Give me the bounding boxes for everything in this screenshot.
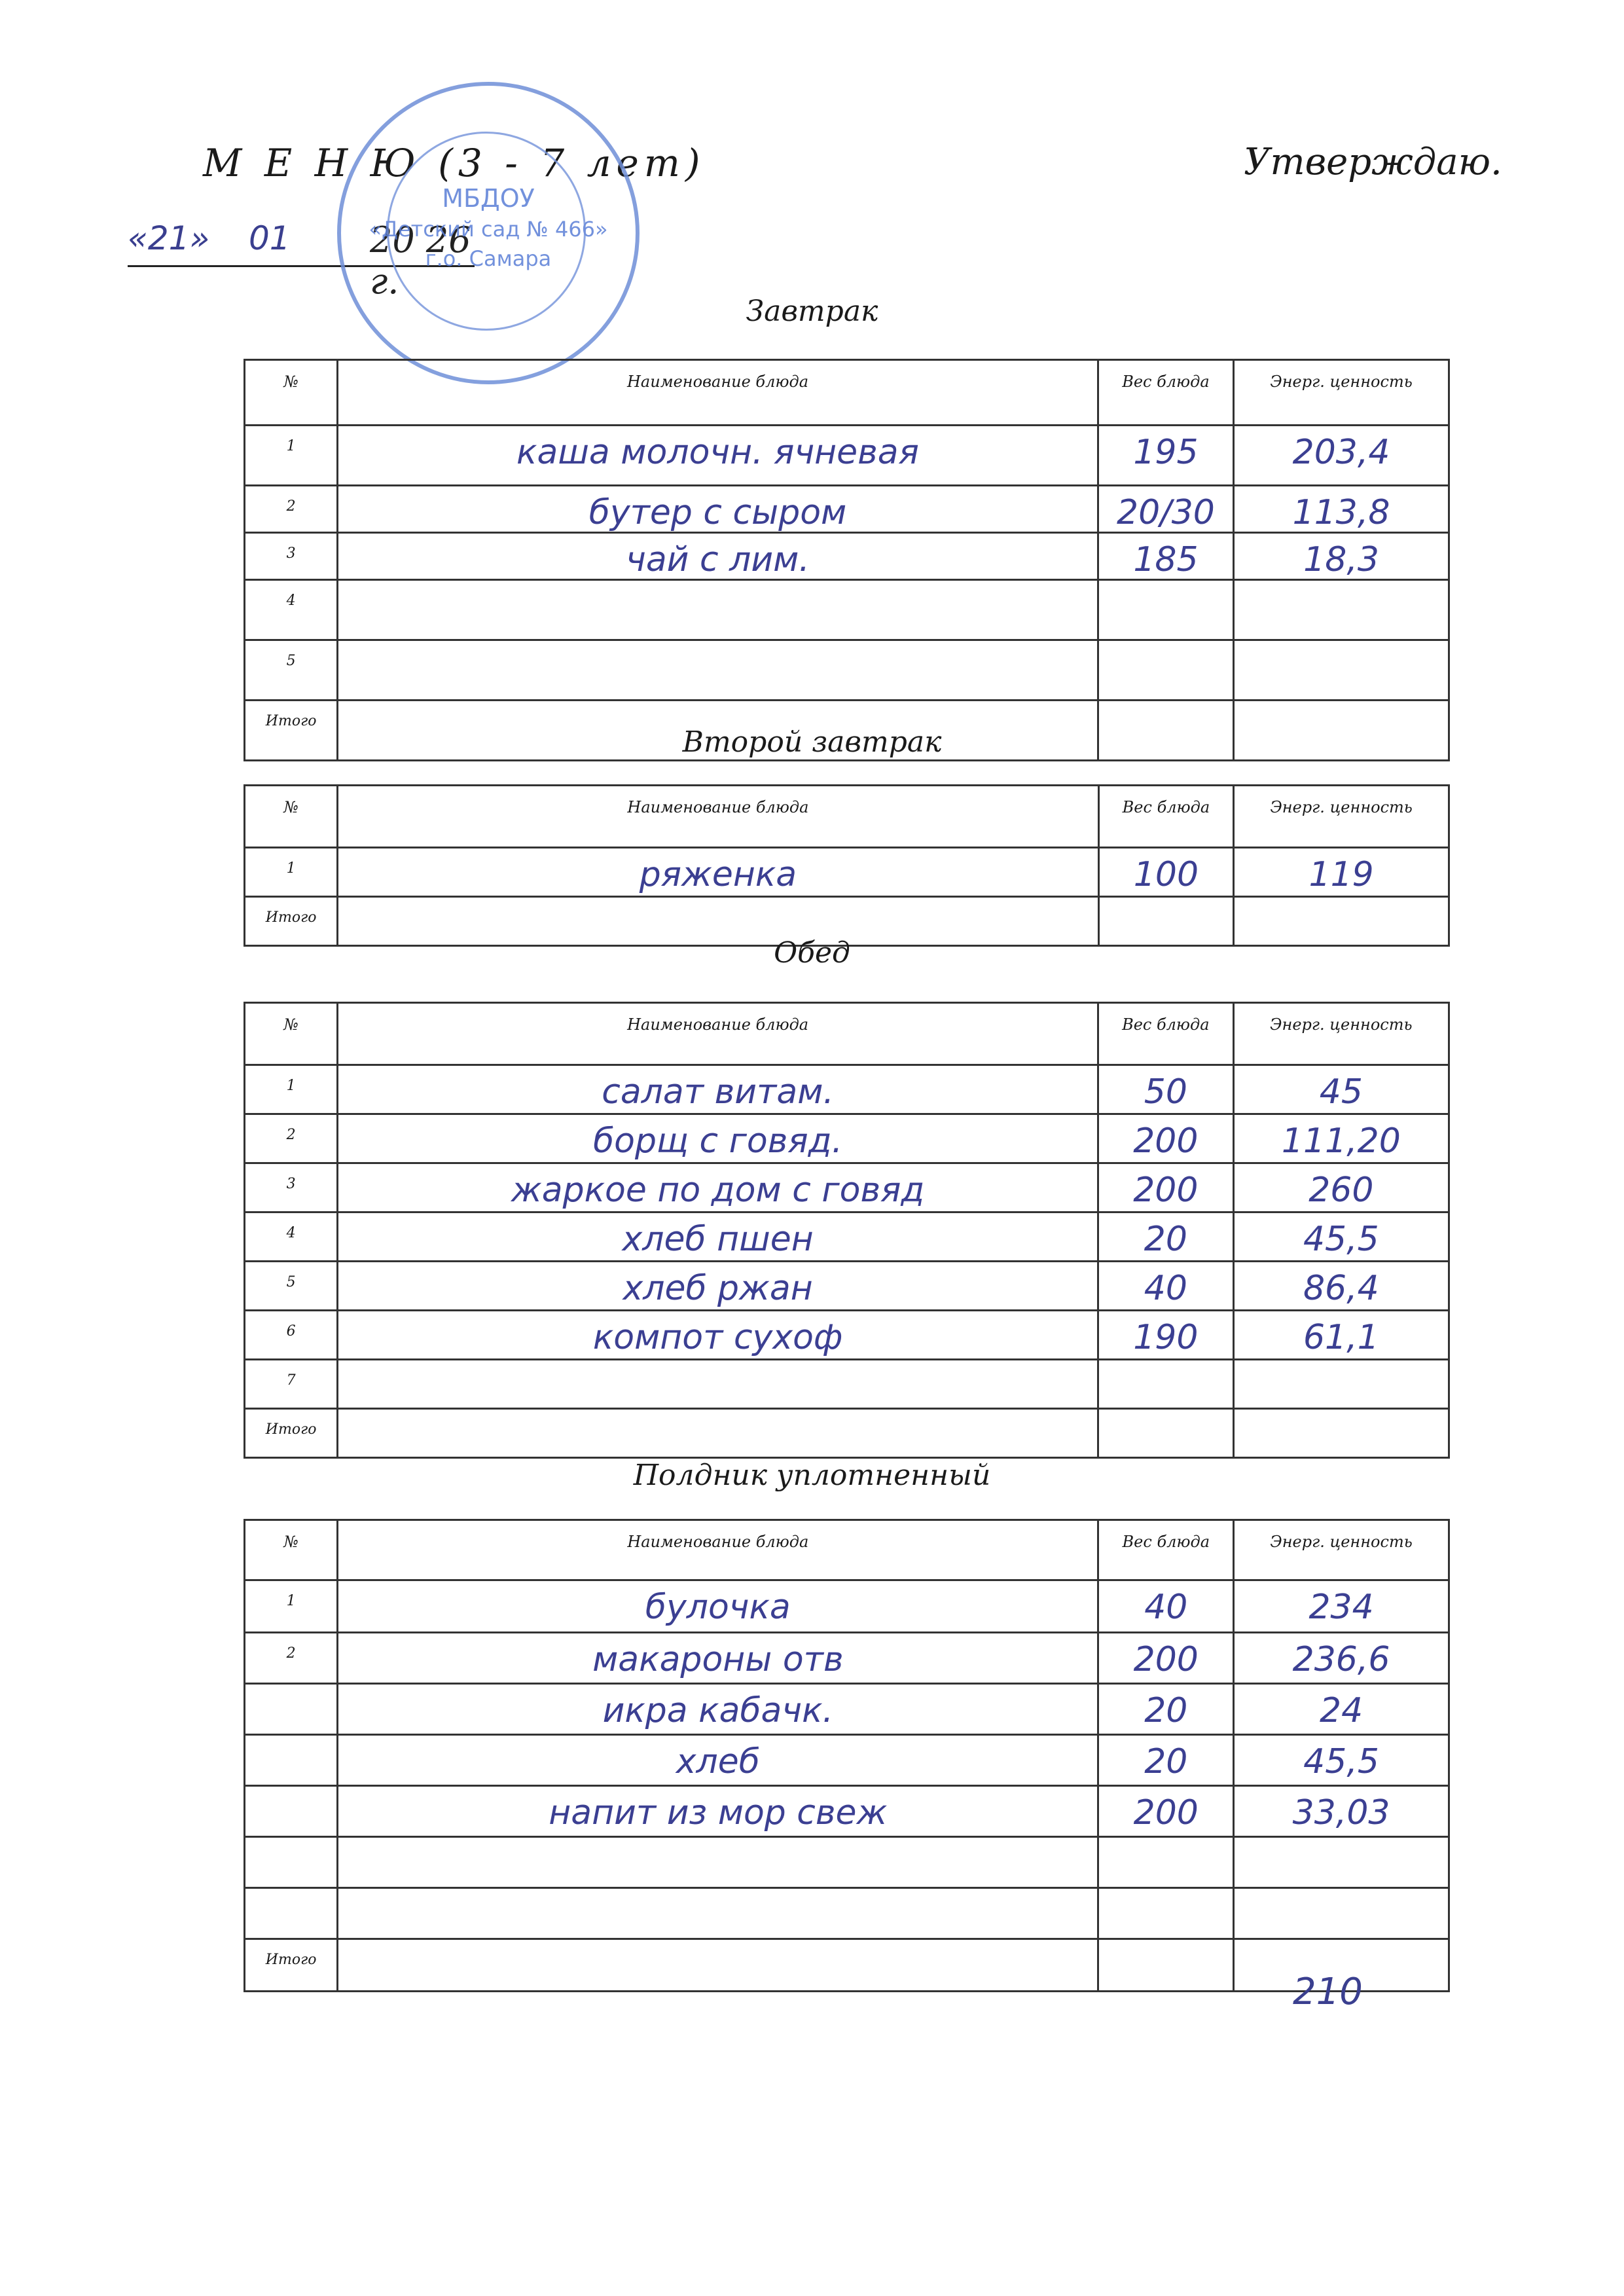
- table-row: 1ряженка100119: [245, 848, 1449, 897]
- dish-name: каша молочн. ячневая: [338, 426, 1097, 469]
- dish-weight: [1099, 1889, 1233, 1898]
- table-row: 6компот сухоф19061,1: [245, 1311, 1449, 1360]
- dish-weight: 40: [1099, 1262, 1233, 1305]
- dish-name-cell: [338, 1837, 1098, 1888]
- col-name-header: Наименование блюда: [338, 1520, 1098, 1580]
- dish-energy: 260: [1235, 1164, 1448, 1207]
- stamp-city: г.о. Самара: [341, 246, 636, 271]
- dish-energy-cell: 236,6: [1234, 1633, 1449, 1684]
- row-number: 4: [245, 580, 338, 640]
- table-row: 3чай с лим.18518,3: [245, 533, 1449, 580]
- row-number: 1: [245, 848, 338, 897]
- col-weight-header: Вес блюда: [1098, 786, 1234, 848]
- dish-name-cell: хлеб пшен: [338, 1212, 1098, 1262]
- dish-name: [338, 581, 1097, 590]
- dish-energy: 86,4: [1235, 1262, 1448, 1305]
- total-row: Итого: [245, 1409, 1449, 1458]
- dish-energy: [1235, 1360, 1448, 1370]
- table-header-row: №Наименование блюдаВес блюдаЭнерг. ценно…: [245, 1003, 1449, 1065]
- dish-name: икра кабачк.: [338, 1685, 1097, 1728]
- dish-energy: [1235, 581, 1448, 590]
- table-header-row: №Наименование блюдаВес блюдаЭнерг. ценно…: [245, 360, 1449, 426]
- row-number: [245, 1735, 338, 1786]
- dish-name-cell: напит из мор свеж: [338, 1786, 1098, 1837]
- table-row: хлеб2045,5: [245, 1735, 1449, 1786]
- col-number-header: №: [245, 1003, 338, 1065]
- dish-energy: 111,20: [1235, 1115, 1448, 1158]
- table-row: 1салат витам.5045: [245, 1065, 1449, 1114]
- dish-name: макароны отв: [338, 1633, 1097, 1677]
- dish-name-cell: компот сухоф: [338, 1311, 1098, 1360]
- total-weight-cell: [1098, 1409, 1233, 1458]
- dish-name: [338, 1360, 1097, 1370]
- row-number: [245, 1888, 338, 1939]
- total-label: Итого: [245, 1409, 338, 1458]
- dish-weight: 20: [1099, 1213, 1233, 1256]
- dish-name-cell: [338, 1360, 1098, 1409]
- dish-energy-cell: 45,5: [1233, 1212, 1449, 1262]
- dish-name: чай с лим.: [338, 534, 1097, 577]
- table-row: 2макароны отв200236,6: [245, 1633, 1449, 1684]
- dish-energy: 45: [1235, 1066, 1448, 1109]
- col-number-header: №: [245, 360, 338, 426]
- dish-name-cell: булочка: [338, 1580, 1098, 1633]
- handwritten-note: 210: [1293, 1971, 1363, 2013]
- dish-weight-cell: 195: [1098, 426, 1233, 486]
- dish-name-cell: жаркое по дом с говяд: [338, 1163, 1098, 1212]
- dish-name: [338, 641, 1097, 650]
- row-number: 7: [245, 1360, 338, 1409]
- dish-energy-cell: 113,8: [1234, 486, 1449, 533]
- total-energy-cell: [1233, 1409, 1449, 1458]
- table-row: [245, 1837, 1449, 1888]
- stamp-organization: МБДОУ: [341, 184, 636, 213]
- col-weight-header: Вес блюда: [1098, 1520, 1234, 1580]
- dish-energy-cell: 61,1: [1233, 1311, 1449, 1360]
- total-label: Итого: [245, 1939, 338, 1992]
- table-row: 7: [245, 1360, 1449, 1409]
- table-row: икра кабачк.2024: [245, 1684, 1449, 1735]
- dish-weight-cell: 200: [1098, 1114, 1233, 1163]
- row-number: [245, 1837, 338, 1888]
- dish-energy-cell: 260: [1233, 1163, 1449, 1212]
- col-weight-header: Вес блюда: [1098, 360, 1233, 426]
- dish-energy-cell: 33,03: [1234, 1786, 1449, 1837]
- dish-weight-cell: 20: [1098, 1684, 1234, 1735]
- total-name-cell: [338, 1939, 1098, 1992]
- col-weight-header: Вес блюда: [1098, 1003, 1233, 1065]
- dish-energy-cell: [1234, 1837, 1449, 1888]
- dish-name-cell: макароны отв: [338, 1633, 1098, 1684]
- dish-weight: [1099, 641, 1233, 650]
- dish-energy: 24: [1235, 1685, 1448, 1728]
- dish-weight: 200: [1099, 1633, 1233, 1677]
- dish-name: напит из мор свеж: [338, 1787, 1097, 1830]
- dish-name: салат витам.: [338, 1066, 1097, 1109]
- dish-name: хлеб ржан: [338, 1262, 1097, 1305]
- menu-table: №Наименование блюдаВес блюдаЭнерг. ценно…: [244, 1519, 1450, 1992]
- dish-energy-cell: 24: [1234, 1684, 1449, 1735]
- dish-weight-cell: [1098, 1360, 1233, 1409]
- dish-weight: [1099, 1360, 1233, 1370]
- dish-name: ряженка: [338, 848, 1097, 892]
- dish-energy: 113,8: [1235, 486, 1448, 530]
- table-row: 2бутер с сыром20/30113,8: [245, 486, 1449, 533]
- col-energy-header: Энерг. ценность: [1234, 360, 1449, 426]
- section-title: Второй завтрак: [0, 725, 1624, 759]
- table-header-row: №Наименование блюдаВес блюдаЭнерг. ценно…: [245, 1520, 1449, 1580]
- dish-name-cell: чай с лим.: [338, 533, 1098, 580]
- dish-weight: 20: [1099, 1685, 1233, 1728]
- row-number: [245, 1786, 338, 1837]
- dish-weight-cell: 20/30: [1098, 486, 1233, 533]
- table-row: 4: [245, 580, 1449, 640]
- dish-energy-cell: [1234, 580, 1449, 640]
- dish-weight: 195: [1099, 426, 1233, 469]
- dish-name: [338, 1838, 1097, 1847]
- dish-energy-cell: 45,5: [1234, 1735, 1449, 1786]
- dish-energy: [1235, 1889, 1448, 1898]
- dish-energy-cell: [1233, 1360, 1449, 1409]
- table-row: напит из мор свеж20033,03: [245, 1786, 1449, 1837]
- row-number: [245, 1684, 338, 1735]
- dish-weight-cell: [1098, 1837, 1234, 1888]
- dish-weight-cell: 185: [1098, 533, 1233, 580]
- dish-weight: [1099, 581, 1233, 590]
- dish-energy-cell: 45: [1233, 1065, 1449, 1114]
- col-number-header: №: [245, 1520, 338, 1580]
- dish-weight-cell: [1098, 580, 1233, 640]
- date-day: «21»: [128, 219, 209, 257]
- dish-energy-cell: 203,4: [1234, 426, 1449, 486]
- dish-name-cell: бутер с сыром: [338, 486, 1098, 533]
- dish-weight: 40: [1099, 1581, 1233, 1624]
- row-number: 1: [245, 1580, 338, 1633]
- dish-energy: 203,4: [1235, 426, 1448, 469]
- row-number: 5: [245, 1262, 338, 1311]
- total-row: Итого: [245, 1939, 1449, 1992]
- total-name-cell: [338, 1409, 1098, 1458]
- dish-name-cell: [338, 1888, 1098, 1939]
- dish-name-cell: хлеб: [338, 1735, 1098, 1786]
- row-number: 4: [245, 1212, 338, 1262]
- dish-name: хлеб: [338, 1736, 1097, 1779]
- table-row: 2борщ с говяд.200111,20: [245, 1114, 1449, 1163]
- dish-weight-cell: 200: [1098, 1633, 1234, 1684]
- col-number-header: №: [245, 786, 338, 848]
- dish-weight-cell: 20: [1098, 1735, 1234, 1786]
- dish-weight: 200: [1099, 1787, 1233, 1830]
- dish-name-cell: салат витам.: [338, 1065, 1098, 1114]
- table-row: [245, 1888, 1449, 1939]
- dish-energy: 33,03: [1235, 1787, 1448, 1830]
- dish-weight-cell: 20: [1098, 1212, 1233, 1262]
- dish-name-cell: [338, 640, 1098, 701]
- dish-weight: 190: [1099, 1311, 1233, 1355]
- row-number: 3: [245, 533, 338, 580]
- dish-energy: 45,5: [1235, 1736, 1448, 1779]
- dish-weight: 100: [1100, 848, 1233, 892]
- dish-energy-cell: [1234, 640, 1449, 701]
- dish-weight: 20/30: [1099, 486, 1233, 530]
- dish-name-cell: каша молочн. ячневая: [338, 426, 1098, 486]
- col-energy-header: Энерг. ценность: [1233, 1003, 1449, 1065]
- dish-weight-cell: [1098, 640, 1233, 701]
- menu-table: №Наименование блюдаВес блюдаЭнерг. ценно…: [244, 1002, 1450, 1459]
- stamp-name: «Детский сад № 466»: [341, 217, 636, 242]
- col-energy-header: Энерг. ценность: [1234, 1520, 1449, 1580]
- dish-name-cell: [338, 580, 1098, 640]
- dish-weight-cell: 200: [1098, 1163, 1233, 1212]
- dish-name: [338, 1889, 1097, 1898]
- row-number: 3: [245, 1163, 338, 1212]
- menu-table: №Наименование блюдаВес блюдаЭнерг. ценно…: [244, 359, 1450, 761]
- dish-weight: 200: [1099, 1164, 1233, 1207]
- dish-energy-cell: 111,20: [1233, 1114, 1449, 1163]
- dish-energy: [1235, 1838, 1448, 1847]
- col-energy-header: Энерг. ценность: [1234, 786, 1449, 848]
- dish-name-cell: борщ с говяд.: [338, 1114, 1098, 1163]
- dish-name: компот сухоф: [338, 1311, 1097, 1355]
- dish-weight-cell: 40: [1098, 1262, 1233, 1311]
- dish-weight-cell: 190: [1098, 1311, 1233, 1360]
- dish-energy: 119: [1235, 848, 1448, 892]
- col-name-header: Наименование блюда: [338, 360, 1098, 426]
- official-stamp: МБДОУ «Детский сад № 466» г.о. Самара: [337, 82, 640, 384]
- dish-name: жаркое по дом с говяд: [338, 1164, 1097, 1207]
- dish-weight-cell: 40: [1098, 1580, 1234, 1633]
- total-weight-cell: [1098, 1939, 1234, 1992]
- dish-energy: [1235, 641, 1448, 650]
- section-title: Полдник уплотненный: [0, 1459, 1624, 1492]
- dish-weight-cell: 100: [1098, 848, 1234, 897]
- table-row: 1булочка40234: [245, 1580, 1449, 1633]
- row-number: 1: [245, 426, 338, 486]
- table-row: 5хлеб ржан4086,4: [245, 1262, 1449, 1311]
- row-number: 2: [245, 1633, 338, 1684]
- dish-energy-cell: 119: [1234, 848, 1449, 897]
- dish-weight: 185: [1099, 534, 1233, 577]
- dish-name: бутер с сыром: [338, 486, 1097, 530]
- dish-name-cell: икра кабачк.: [338, 1684, 1098, 1735]
- dish-weight: 20: [1099, 1736, 1233, 1779]
- dish-weight: 50: [1099, 1066, 1233, 1109]
- dish-energy: 236,6: [1235, 1633, 1448, 1677]
- row-number: 5: [245, 640, 338, 701]
- dish-name: борщ с говяд.: [338, 1115, 1097, 1158]
- section-title: Обед: [0, 936, 1624, 970]
- dish-energy-cell: [1234, 1888, 1449, 1939]
- row-number: 2: [245, 1114, 338, 1163]
- dish-name-cell: хлеб ржан: [338, 1262, 1098, 1311]
- dish-energy: 18,3: [1235, 534, 1448, 577]
- dish-weight-cell: 50: [1098, 1065, 1233, 1114]
- dish-weight-cell: [1098, 1888, 1234, 1939]
- row-number: 2: [245, 486, 338, 533]
- row-number: 6: [245, 1311, 338, 1360]
- dish-name: булочка: [338, 1581, 1097, 1624]
- table-header-row: №Наименование блюдаВес блюдаЭнерг. ценно…: [245, 786, 1449, 848]
- dish-energy: 45,5: [1235, 1213, 1448, 1256]
- dish-energy-cell: 86,4: [1233, 1262, 1449, 1311]
- dish-weight-cell: 200: [1098, 1786, 1234, 1837]
- dish-name: хлеб пшен: [338, 1213, 1097, 1256]
- row-number: 1: [245, 1065, 338, 1114]
- table-row: 4хлеб пшен2045,5: [245, 1212, 1449, 1262]
- dish-energy-cell: 234: [1234, 1580, 1449, 1633]
- table-row: 3жаркое по дом с говяд200260: [245, 1163, 1449, 1212]
- dish-energy: 234: [1235, 1581, 1448, 1624]
- dish-energy: 61,1: [1235, 1311, 1448, 1355]
- dish-name-cell: ряженка: [338, 848, 1098, 897]
- section-title: Завтрак: [0, 295, 1624, 328]
- table-row: 5: [245, 640, 1449, 701]
- col-name-header: Наименование блюда: [338, 786, 1098, 848]
- dish-weight: [1099, 1838, 1233, 1847]
- dish-weight: 200: [1099, 1115, 1233, 1158]
- date-month: 01: [249, 219, 291, 257]
- col-name-header: Наименование блюда: [338, 1003, 1098, 1065]
- approval-label: Утверждаю.: [1244, 141, 1502, 183]
- table-row: 1каша молочн. ячневая195203,4: [245, 426, 1449, 486]
- menu-table: №Наименование блюдаВес блюдаЭнерг. ценно…: [244, 784, 1450, 947]
- dish-energy-cell: 18,3: [1234, 533, 1449, 580]
